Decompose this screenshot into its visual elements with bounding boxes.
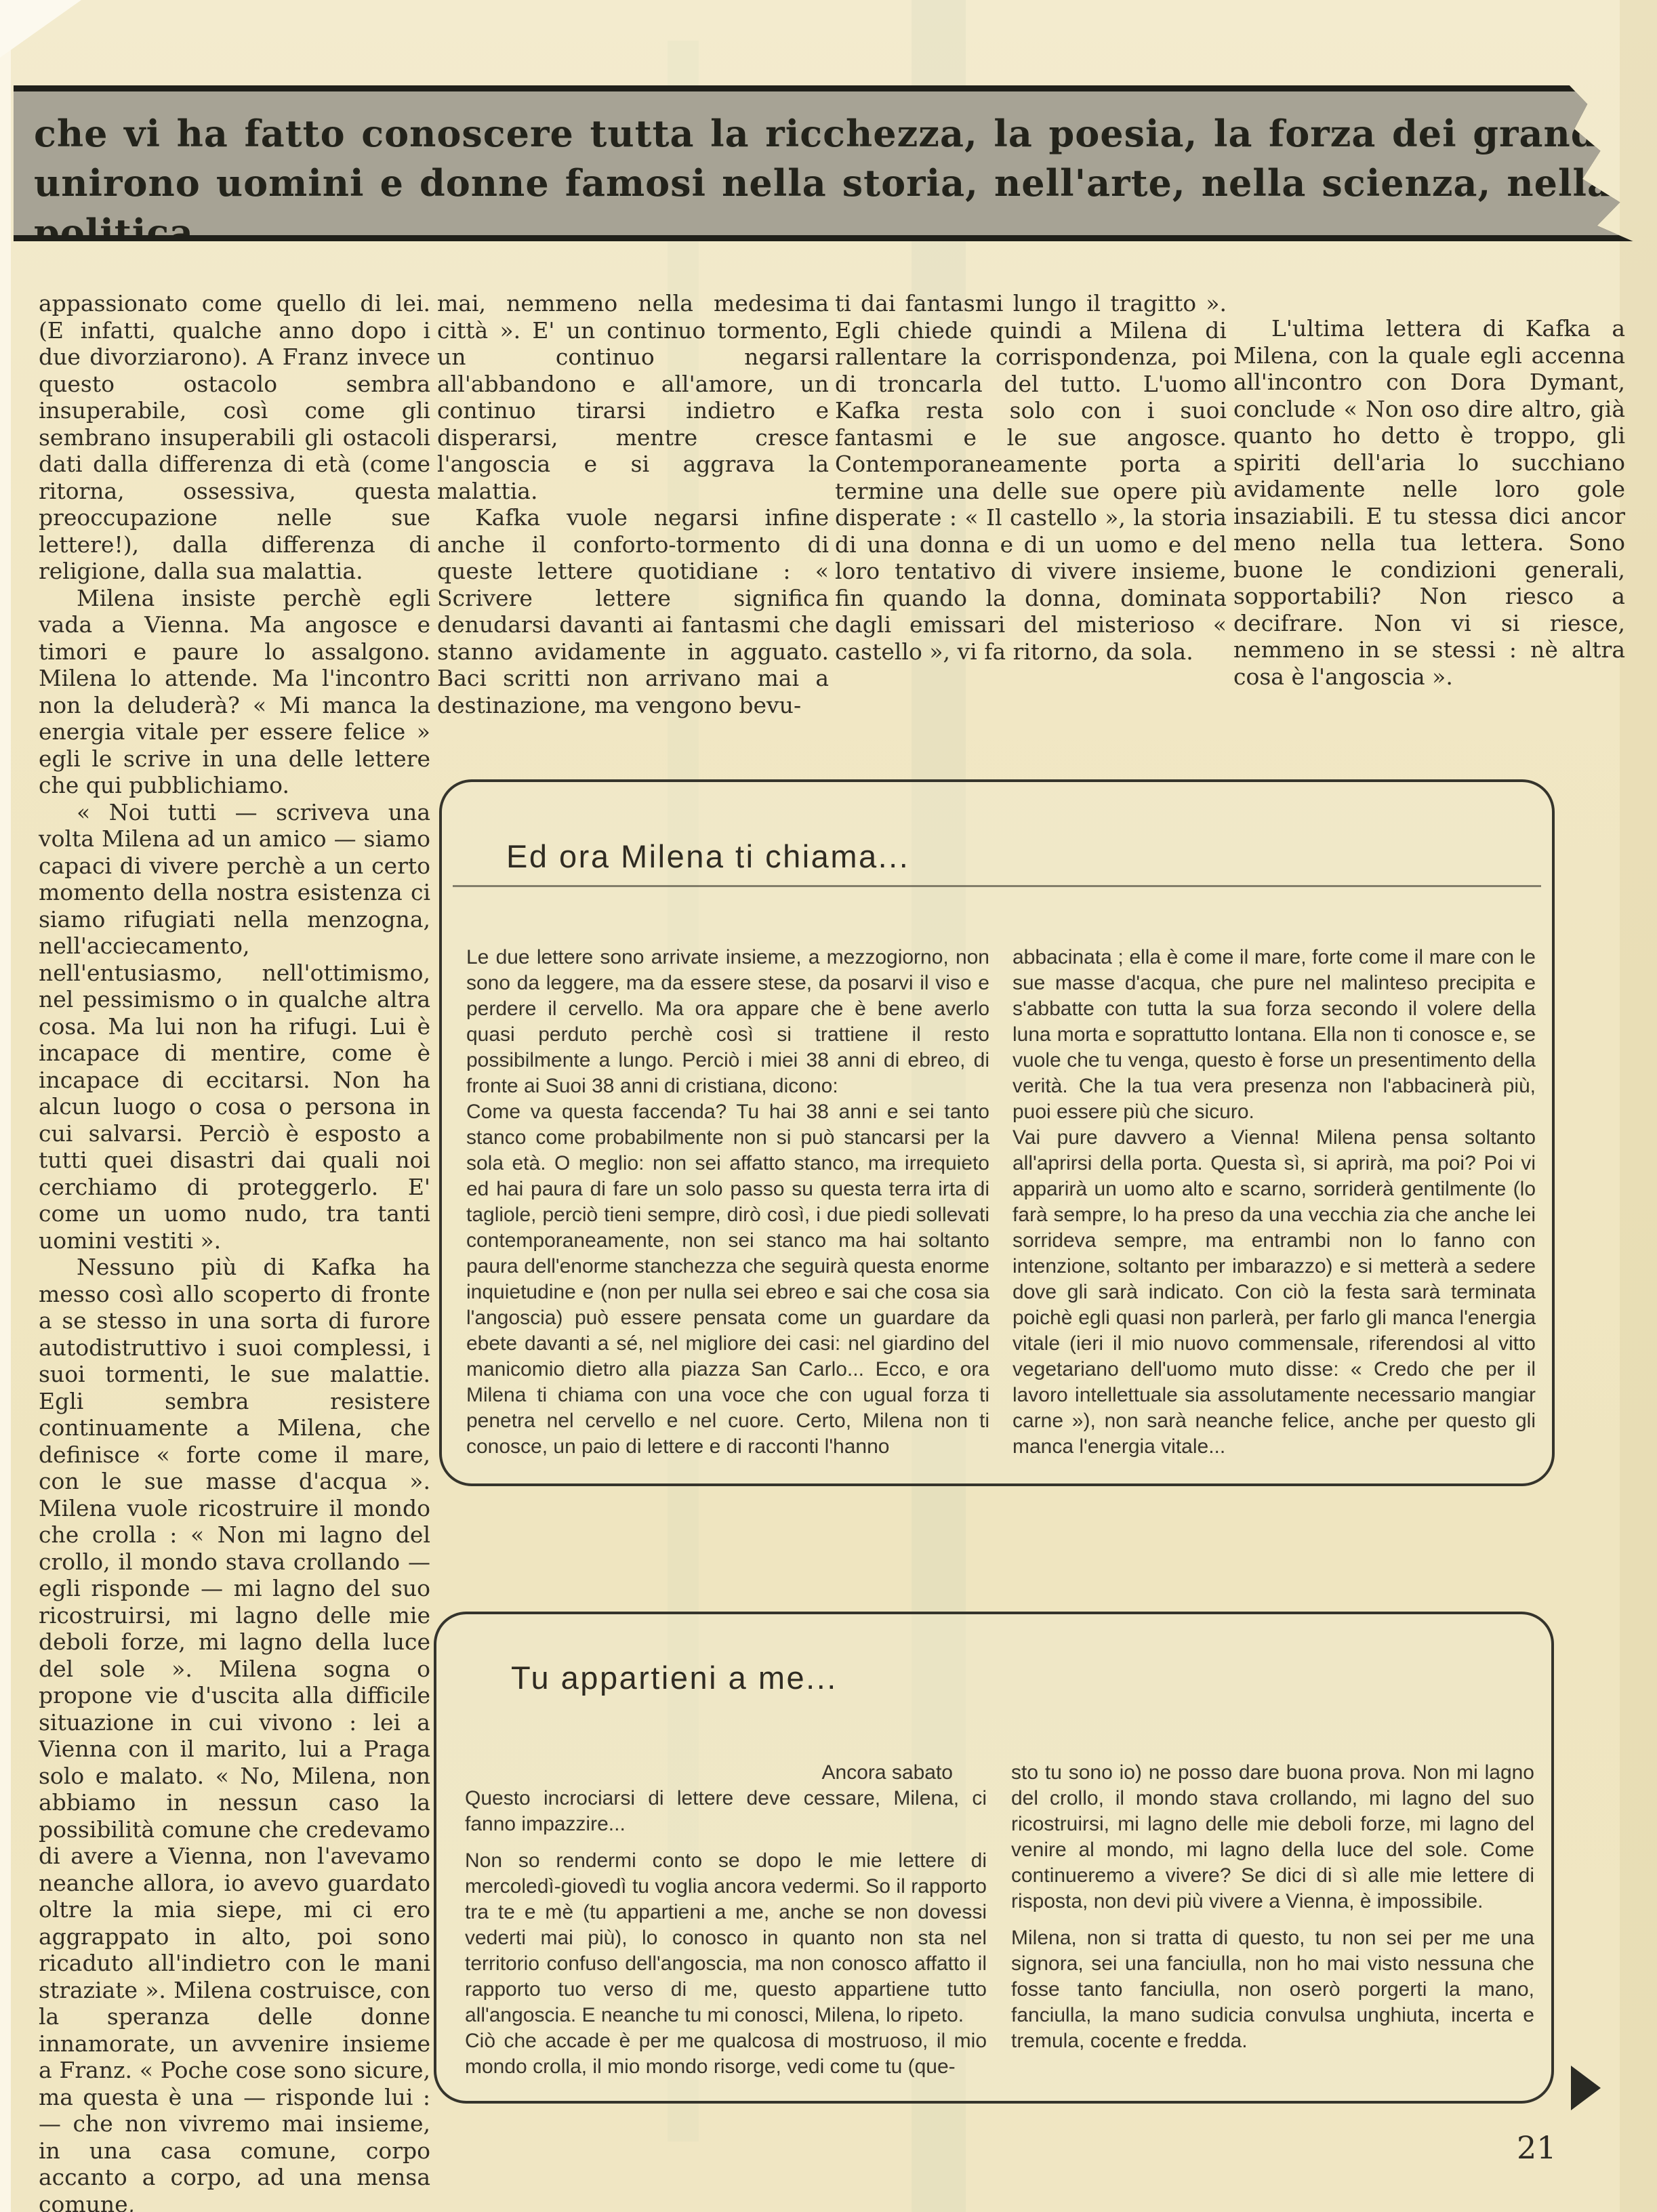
paragraph: appassionato come quello di lei. (E infa…	[39, 290, 430, 585]
torn-corner	[0, 0, 81, 58]
paragraph: Milena, non si tratta di questo, tu non …	[1011, 1925, 1534, 2054]
letter-column-right: abbacinata ; ella è come il mare, forte …	[1012, 945, 1536, 1460]
paragraph: Ciò che accade è per me qualcosa di most…	[465, 2028, 987, 2080]
header-line-1: che vi ha fatto conoscere tutta la ricch…	[14, 109, 1632, 159]
paragraph: « Noi tutti — scriveva una volta Milena …	[39, 799, 430, 1254]
paragraph: Non so rendermi conto se dopo le mie let…	[465, 1848, 987, 2028]
letter-dateline: Ancora sabato	[465, 1760, 987, 1786]
magazine-page: che vi ha fatto conoscere tutta la ricch…	[0, 0, 1657, 2212]
letter-box-title: Ed ora Milena ti chiama...	[506, 838, 909, 875]
scan-streak	[1620, 0, 1657, 2212]
article-column-4: L'ultima lettera di Kafka a Milena, con …	[1233, 315, 1625, 690]
paragraph: sto tu sono io) ne posso dare buona prov…	[1011, 1760, 1534, 1914]
divider-rule	[453, 885, 1541, 887]
paragraph: mai, nemmeno nella medesima città ». E' …	[437, 290, 829, 504]
letter-box-milena-ti-chiama: Ed ora Milena ti chiama... Le due letter…	[439, 779, 1555, 1486]
paragraph: ti dai fantasmi lungo il tragitto ». Egl…	[835, 290, 1227, 665]
letter-box-title: Tu appartieni a me...	[511, 1659, 838, 1696]
article-column-1: appassionato come quello di lei. (E infa…	[39, 290, 430, 2212]
continue-arrow-icon	[1571, 2066, 1601, 2110]
paragraph: Milena insiste perchè egli vada a Vienna…	[39, 585, 430, 799]
paragraph: Vai pure davvero a Vienna! Milena pensa …	[1012, 1125, 1536, 1460]
article-column-3: ti dai fantasmi lungo il tragitto ». Egl…	[835, 290, 1227, 665]
header-banner-inner: che vi ha fatto conoscere tutta la ricch…	[14, 91, 1632, 235]
letter-column-left: Le due lettere sono arrivate insieme, a …	[466, 945, 989, 1460]
paragraph: Questo incrociarsi di lettere deve cessa…	[465, 1786, 987, 1837]
letter-box-tu-appartieni: Tu appartieni a me... Ancora sabato Ques…	[434, 1612, 1554, 2104]
letter-column-left: Ancora sabato Questo incrociarsi di lett…	[465, 1760, 987, 2080]
paragraph: Nessuno più di Kafka ha messo così allo …	[39, 1254, 430, 2212]
paragraph: Kafka vuole negarsi infine anche il conf…	[437, 504, 829, 718]
letter-column-right: sto tu sono io) ne posso dare buona prov…	[1011, 1760, 1534, 2054]
article-column-2: mai, nemmeno nella medesima città ». E' …	[437, 290, 829, 718]
paragraph: Le due lettere sono arrivate insieme, a …	[466, 945, 989, 1099]
paragraph: L'ultima lettera di Kafka a Milena, con …	[1233, 315, 1625, 690]
page-number: 21	[1517, 2129, 1557, 2166]
paragraph: abbacinata ; ella è come il mare, forte …	[1012, 945, 1536, 1125]
paragraph: Come va questa faccenda? Tu hai 38 anni …	[466, 1099, 989, 1460]
header-line-2: unirono uomini e donne famosi nella stor…	[14, 159, 1632, 258]
header-banner: che vi ha fatto conoscere tutta la ricch…	[14, 85, 1643, 241]
page-edge	[0, 0, 11, 2212]
